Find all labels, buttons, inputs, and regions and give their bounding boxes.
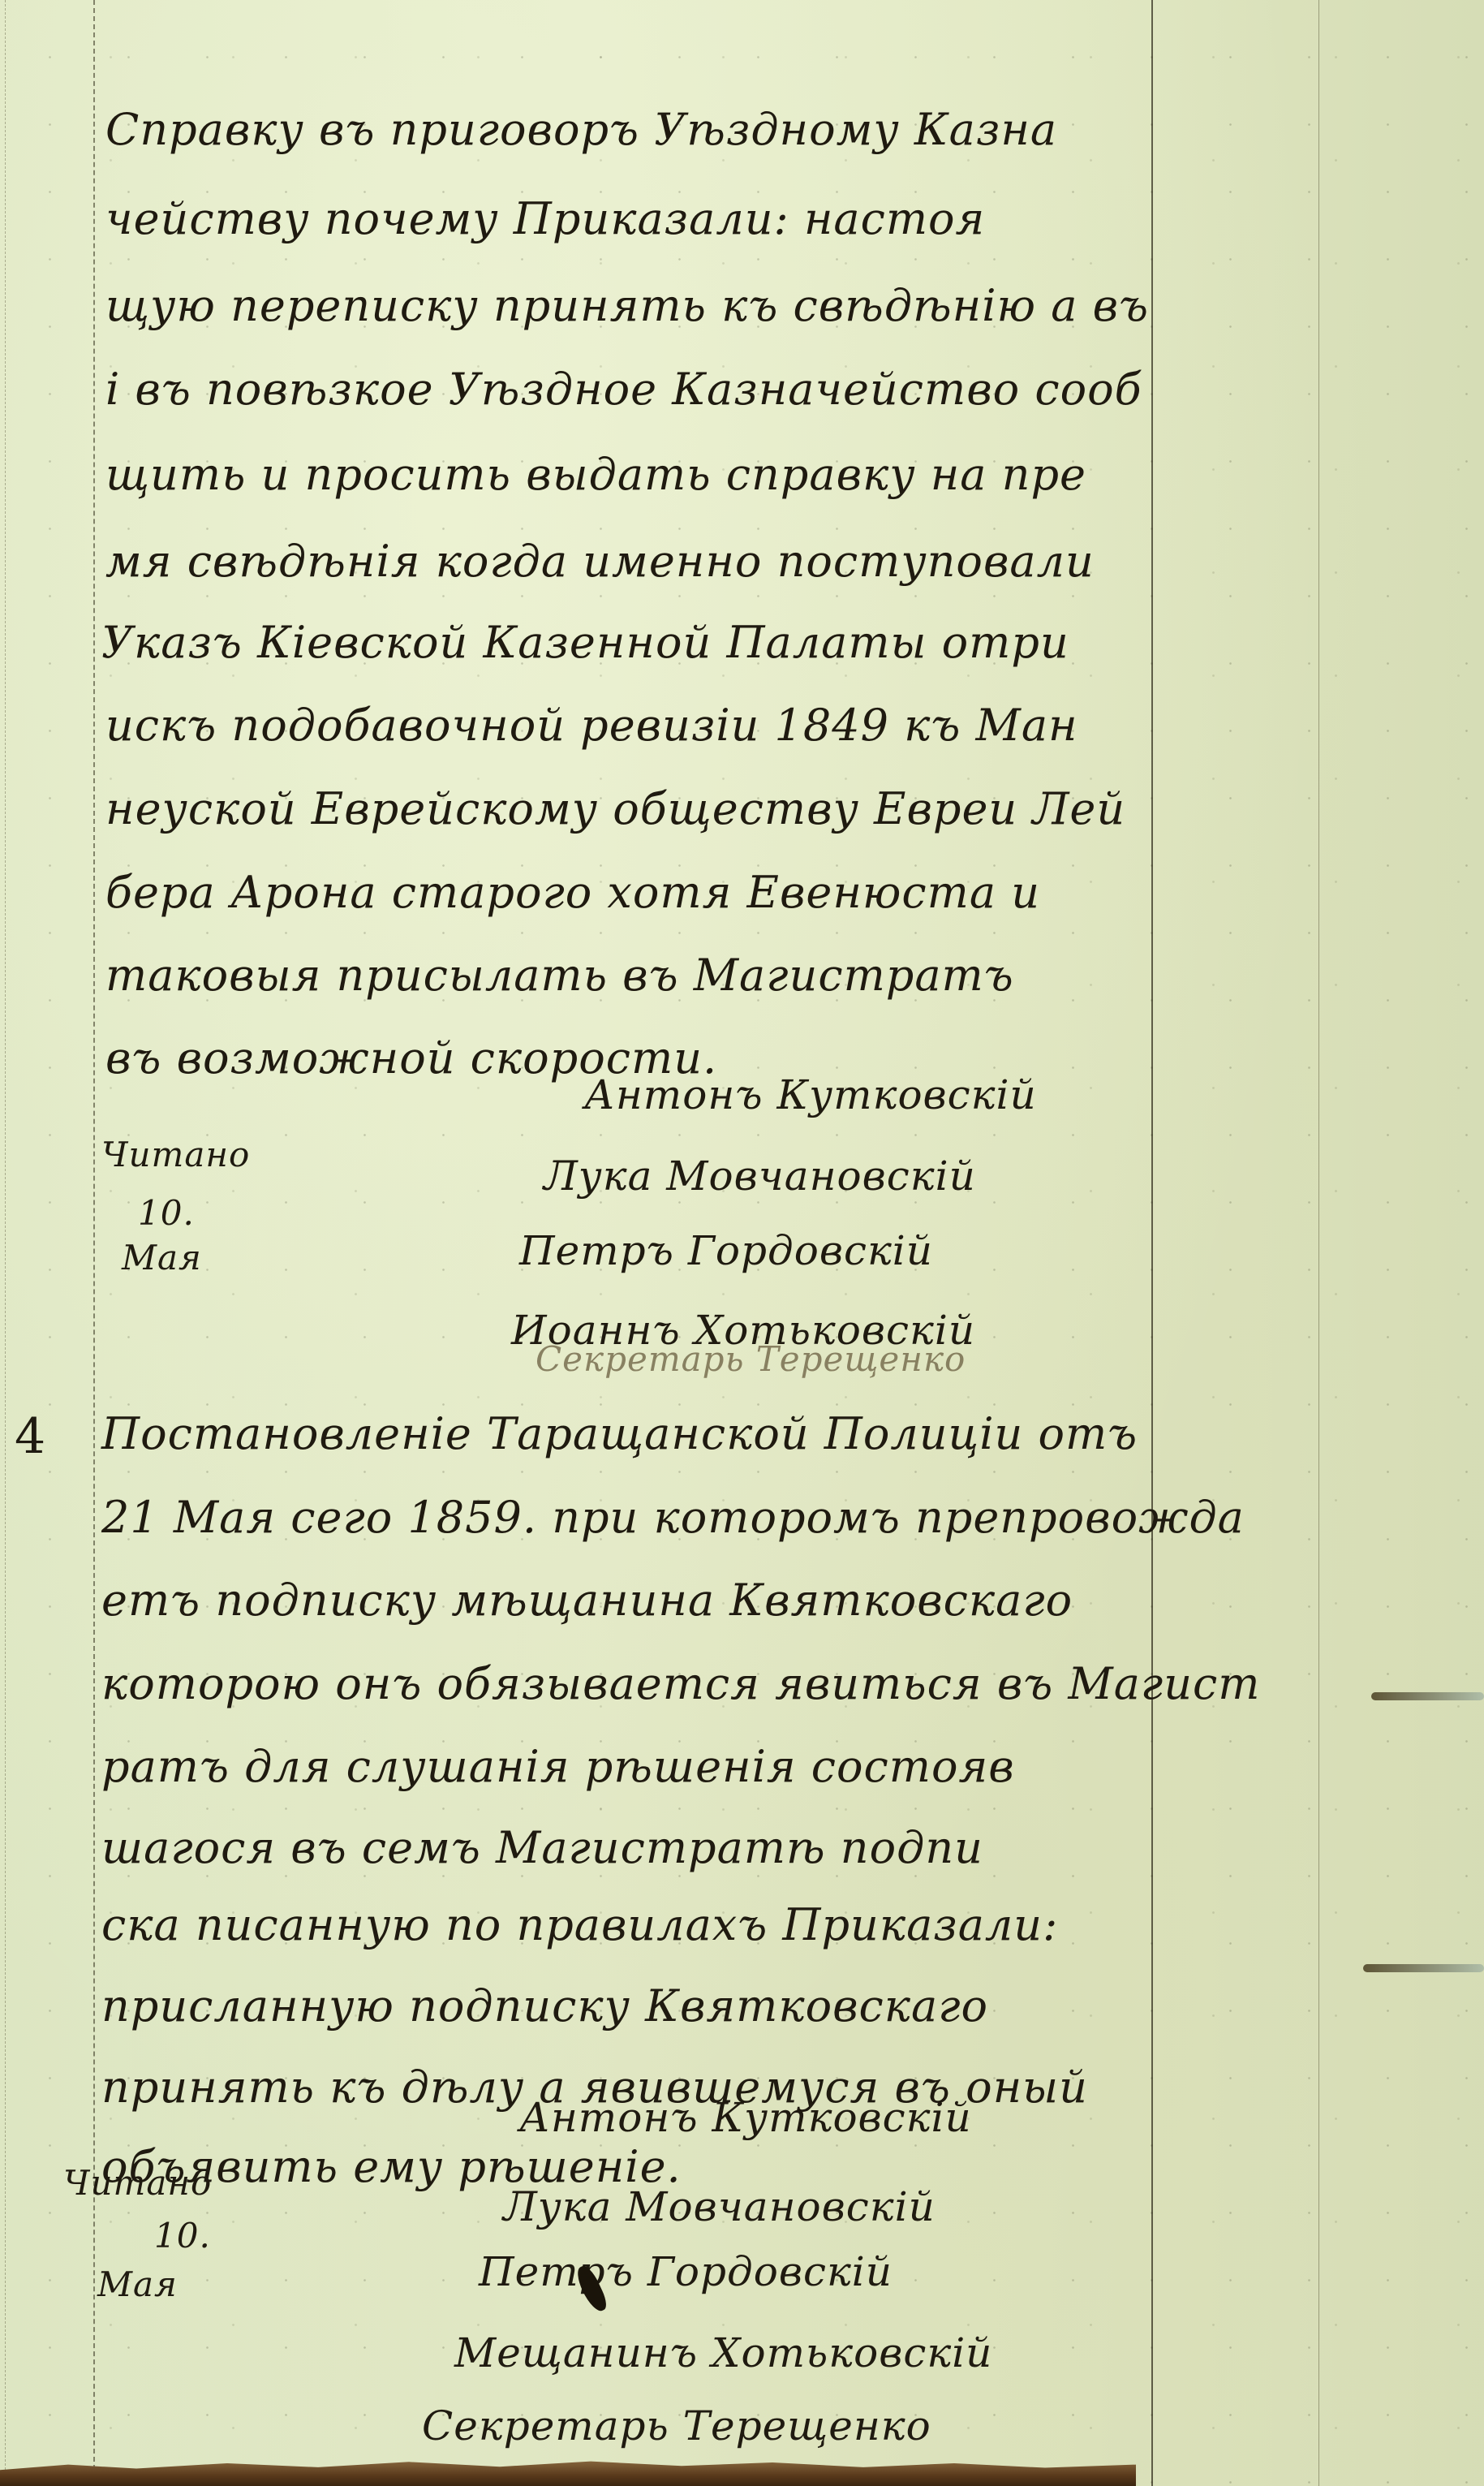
- signature: Петръ Гордовскій: [479, 2248, 893, 2295]
- entry-4-line: шагося въ семъ Магистратѣ подпи: [101, 1822, 983, 1873]
- entry-4-line: 21 Мая сего 1859. при которомъ препровож…: [101, 1492, 1245, 1543]
- entry-4-line: ратъ для слушанія рѣшенія состояв: [101, 1741, 1015, 1792]
- signature: Антонъ Кутковскій: [519, 2094, 972, 2141]
- document-page: Справку въ приговоръ Уѣздному Казна чейс…: [0, 0, 1484, 2486]
- entry-3-line: Указъ Кіевской Казенной Палаты отри: [101, 617, 1069, 668]
- binding-thread-mark: [1371, 1692, 1484, 1700]
- entry-3-line: неуской Еврейскому обществу Евреи Лей: [105, 783, 1125, 834]
- signature: Лука Мовчановскій: [544, 1153, 976, 1200]
- margin-note-day: 10.: [154, 2216, 211, 2255]
- entry-4-line: ска писанную по правилахъ Приказали:: [101, 1899, 1058, 1950]
- signature: Петръ Гордовскій: [519, 1227, 933, 1274]
- entry-3-line: мя свѣдѣнія когда именно поступовали: [105, 536, 1095, 587]
- margin-note-day: 10.: [138, 1193, 195, 1233]
- page-edge-rule: [5, 0, 6, 2486]
- entry-3-line: Справку въ приговоръ Уѣздному Казна: [105, 104, 1057, 155]
- entry-number: 4: [15, 1408, 46, 1465]
- signature: Антонъ Кутковскій: [584, 1071, 1037, 1118]
- margin-note-read: Читано: [63, 2163, 212, 2203]
- entry-3-line: і въ повѣзкое Уѣздное Казначейство сооб: [105, 364, 1142, 415]
- right-margin-rule: [1151, 0, 1153, 2486]
- margin-note-read: Читано: [101, 1135, 250, 1174]
- signature: Лука Мовчановскій: [503, 2183, 936, 2230]
- signature: Мещанинъ Хотьковскій: [454, 2329, 992, 2376]
- entry-3-line: щую переписку принять къ свѣдѣнію а въ: [105, 280, 1149, 331]
- margin-note-month: Мая: [97, 2264, 178, 2304]
- entry-3-line: чейству почему Приказали: настоя: [105, 193, 985, 244]
- entry-3-line: бера Арона старого хотя Евенюста и: [105, 867, 1040, 918]
- page-fold-rule: [1318, 0, 1319, 2486]
- margin-note-month: Мая: [122, 1238, 202, 1277]
- entry-4-line: присланную подписку Квятковскаго: [101, 1980, 988, 2031]
- entry-4-line: которою онъ обязывается явиться въ Магис…: [101, 1658, 1260, 1709]
- binding-thread-mark: [1363, 1964, 1484, 1972]
- entry-4-line: етъ подписку мѣщанина Квятковскаго: [101, 1575, 1073, 1626]
- signature: Секретарь Терещенко: [422, 2402, 931, 2449]
- entry-3-line: щить и просить выдать справку на пре: [105, 449, 1086, 500]
- entry-3-line: искъ подобавочной ревизіи 1849 къ Ман: [105, 700, 1078, 751]
- entry-3-line: таковыя присылать въ Магистратъ: [105, 950, 1014, 1001]
- entry-4-line: Постановленіе Таращанской Полиціи отъ: [101, 1408, 1138, 1459]
- entry-4-header-note: Секретарь Терещенко: [536, 1339, 966, 1379]
- left-margin-rule: [93, 0, 95, 2486]
